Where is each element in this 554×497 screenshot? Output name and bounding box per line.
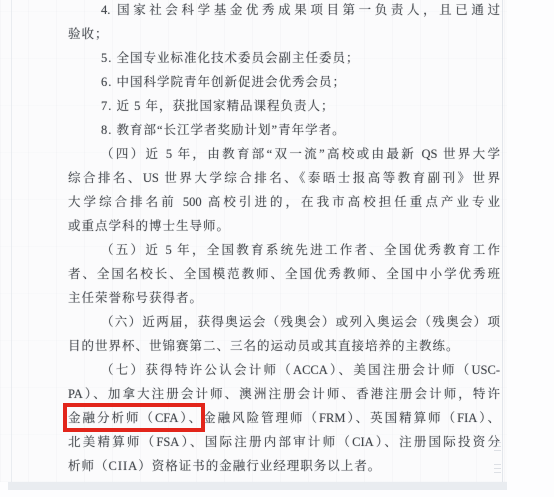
scan-artifact xyxy=(494,440,501,451)
text-line: （五）近 5 年，全国教育系统先进工作者、全国优秀教育工作 xyxy=(68,238,500,262)
text-line: 析师（CIIA）资格证书的金融行业经理职务以上者。 xyxy=(68,454,500,478)
text-line: 验收； xyxy=(68,22,500,46)
screenshot-viewport: 4. 国家社会科学基金优秀成果项目第一负责人，且已通过验收；5. 全国专业标准化… xyxy=(0,0,554,497)
document-text-block: 4. 国家社会科学基金优秀成果项目第一负责人，且已通过验收；5. 全国专业标准化… xyxy=(68,0,500,478)
page-left-edge-line xyxy=(11,0,12,482)
text-line: 7. 近 5 年，获批国家精品课程负责人； xyxy=(68,94,500,118)
text-line: 目的世界杯、世锦赛第二、三名的运动员或其直接培养的主教练。 xyxy=(68,334,500,358)
text-line: 8. 教育部“长江学者奖励计划”青年学者。 xyxy=(68,118,500,142)
text-line: 4. 国家社会科学基金优秀成果项目第一负责人，且已通过 xyxy=(68,0,500,22)
page-right-edge-line xyxy=(502,0,503,482)
text-line: 者、全国名校长、全国模范教师、全国优秀教师、全国中小学优秀班 xyxy=(68,262,500,286)
scanned-document-page: 4. 国家社会科学基金优秀成果项目第一负责人，且已通过验收；5. 全国专业标准化… xyxy=(0,0,507,482)
scan-artifact xyxy=(494,462,501,473)
cfa-highlight-box: 金融分析师（CFA）、 xyxy=(68,411,203,425)
text-line: 综合排名、US 世界大学综合排名、《泰晤士报高等教育副刊》世界 xyxy=(68,166,500,190)
text-line: 北美精算师（FSA）、国际注册内部审计师（CIA）、注册国际投资分 xyxy=(68,430,500,454)
text-line: （七）获得特许公认会计师（ACCA）、美国注册会计师（USC- xyxy=(68,358,500,382)
text-line: 5. 全国专业标准化技术委员会副主任委员； xyxy=(68,46,500,70)
text-line: 主任荣誉称号获得者。 xyxy=(68,286,500,310)
text-line: 大学综合排名前 500 高校引进的，在我市高校担任重点产业专业 xyxy=(68,190,500,214)
text-line: 6. 中国科学院青年创新促进会优秀会员； xyxy=(68,70,500,94)
text-line: 金融分析师（CFA）、金融风险管理师（FRM）、英国精算师（FIA）、 xyxy=(68,406,500,430)
text-line: （六）近两届，获得奥运会（残奥会）或列入奥运会（残奥会）项 xyxy=(68,310,500,334)
text-line: （四）近 5 年，由教育部“双一流”高校或由最新 QS 世界大学 xyxy=(68,142,500,166)
text-line: 或重点学科的博士生导师。 xyxy=(68,214,500,238)
page-bottom-edge xyxy=(8,482,507,490)
text-line: PA）、加拿大注册会计师、澳洲注册会计师、香港注册会计师，特许 xyxy=(68,382,500,406)
text-segment: 金融风险管理师（FRM）、英国精算师（FIA）、 xyxy=(203,411,500,425)
